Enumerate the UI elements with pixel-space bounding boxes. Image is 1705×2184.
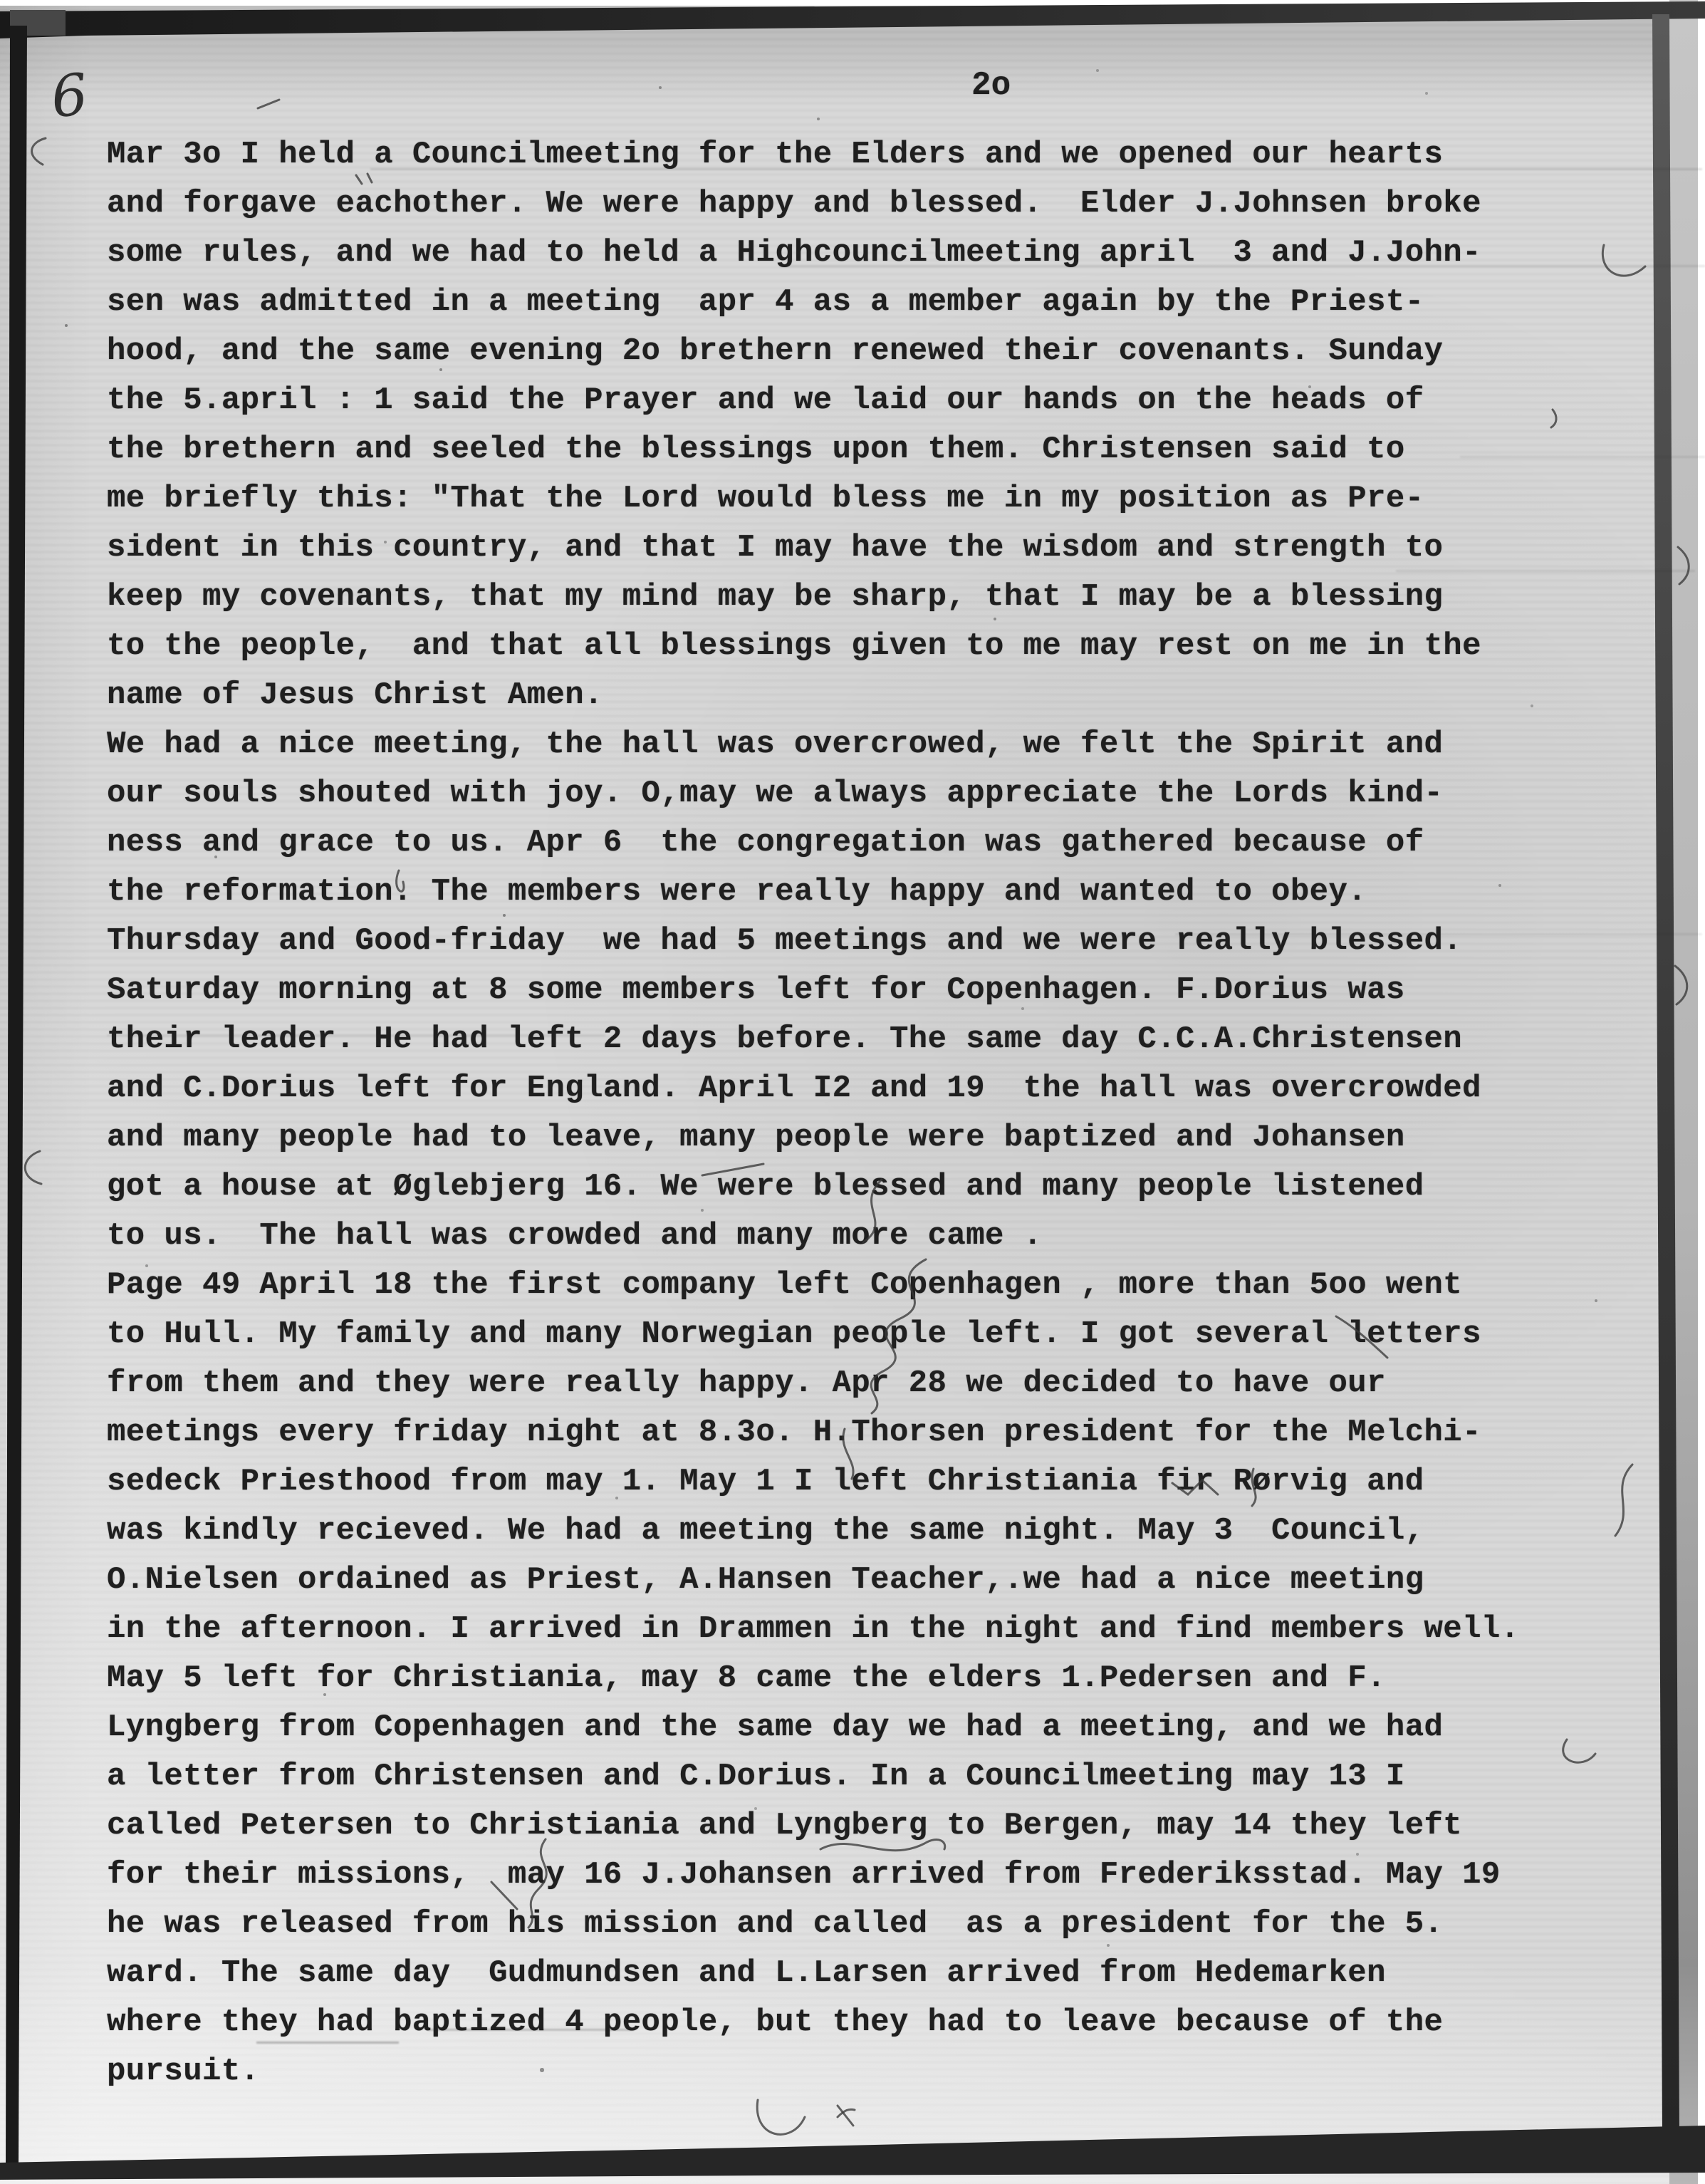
text-line: and C.Dorius left for England. April I2 … xyxy=(107,1064,1617,1113)
scan-streak xyxy=(107,1034,605,1036)
scan-streak xyxy=(1396,570,1695,572)
scan-streak xyxy=(1460,456,1705,458)
text-line: Saturday morning at 8 some members left … xyxy=(107,966,1617,1015)
text-line: keep my covenants, that my mind may be s… xyxy=(107,573,1617,622)
text-line: to us. The hall was crowded and many mor… xyxy=(107,1212,1617,1261)
text-line: hood, and the same evening 2o brethern r… xyxy=(107,327,1617,376)
text-line: in the afternoon. I arrived in Drammen i… xyxy=(107,1605,1617,1654)
text-line: We had a nice meeting, the hall was over… xyxy=(107,720,1617,769)
text-line: O.Nielsen ordained as Priest, A.Hansen T… xyxy=(107,1556,1617,1605)
text-line: pursuit. xyxy=(107,2047,1617,2096)
text-line: was kindly recieved. We had a meeting th… xyxy=(107,1507,1617,1556)
pencil-dash xyxy=(256,2042,399,2044)
text-line: for their missions, may 16 J.Johansen ar… xyxy=(107,1851,1617,1900)
pencil-dash xyxy=(427,2029,634,2031)
text-line: the 5.april : 1 said the Prayer and we l… xyxy=(107,376,1617,425)
scan-right-margin xyxy=(1669,0,1698,2184)
text-line: ness and grace to us. Apr 6 the congrega… xyxy=(107,818,1617,868)
text-line: and many people had to leave, many peopl… xyxy=(107,1113,1617,1163)
text-line: their leader. He had left 2 days before.… xyxy=(107,1015,1617,1064)
text-line: me briefly this: "That the Lord would bl… xyxy=(107,474,1617,524)
text-line: the brethern and seeled the blessings up… xyxy=(107,425,1617,474)
text-line: from them and they were really happy. Ap… xyxy=(107,1359,1617,1408)
text-line: to the people, and that all blessings gi… xyxy=(107,622,1617,671)
text-line: Mar 3o I held a Councilmeeting for the E… xyxy=(107,130,1617,180)
text-line: the reformation. The members were really… xyxy=(107,868,1617,917)
page-number: 2o xyxy=(971,67,1011,104)
text-line: sen was admitted in a meeting apr 4 as a… xyxy=(107,278,1617,327)
text-line: our souls shouted with joy. O,may we alw… xyxy=(107,769,1617,818)
text-line: ward. The same day Gudmundsen and L.Lars… xyxy=(107,1949,1617,1998)
scan-streak xyxy=(780,265,1705,267)
text-line: got a house at Øglebjerg 16. We were ble… xyxy=(107,1163,1617,1212)
text-line: he was released from his mission and cal… xyxy=(107,1900,1617,1949)
text-line: Thursday and Good-friday we had 5 meetin… xyxy=(107,917,1617,966)
text-line: some rules, and we had to held a Highcou… xyxy=(107,229,1617,278)
text-line: sident in this country, and that I may h… xyxy=(107,524,1617,573)
text-line: and forgave eachother. We were happy and… xyxy=(107,180,1617,229)
scan-streak xyxy=(370,168,1702,170)
text-line: where they had baptized 4 people, but th… xyxy=(107,1998,1617,2047)
text-line: sedeck Priesthood from may 1. May 1 I le… xyxy=(107,1457,1617,1507)
text-line: Lyngberg from Copenhagen and the same da… xyxy=(107,1703,1617,1752)
text-line: name of Jesus Christ Amen. xyxy=(107,671,1617,720)
text-line: called Petersen to Christiania and Lyngb… xyxy=(107,1801,1617,1851)
handwritten-page-number: 6 xyxy=(48,61,90,131)
text-line: meetings every friday night at 8.3o. H.T… xyxy=(107,1408,1617,1457)
text-line: a letter from Christensen and C.Dorius. … xyxy=(107,1752,1617,1801)
scan-streak xyxy=(1175,933,1702,935)
typed-text-block: Mar 3o I held a Councilmeeting for the E… xyxy=(107,130,1617,2096)
dust-specks xyxy=(0,0,1,1)
text-line: May 5 left for Christiania, may 8 came t… xyxy=(107,1654,1617,1703)
text-line: Page 49 April 18 the first company left … xyxy=(107,1261,1617,1310)
text-line: to Hull. My family and many Norwegian pe… xyxy=(107,1310,1617,1359)
